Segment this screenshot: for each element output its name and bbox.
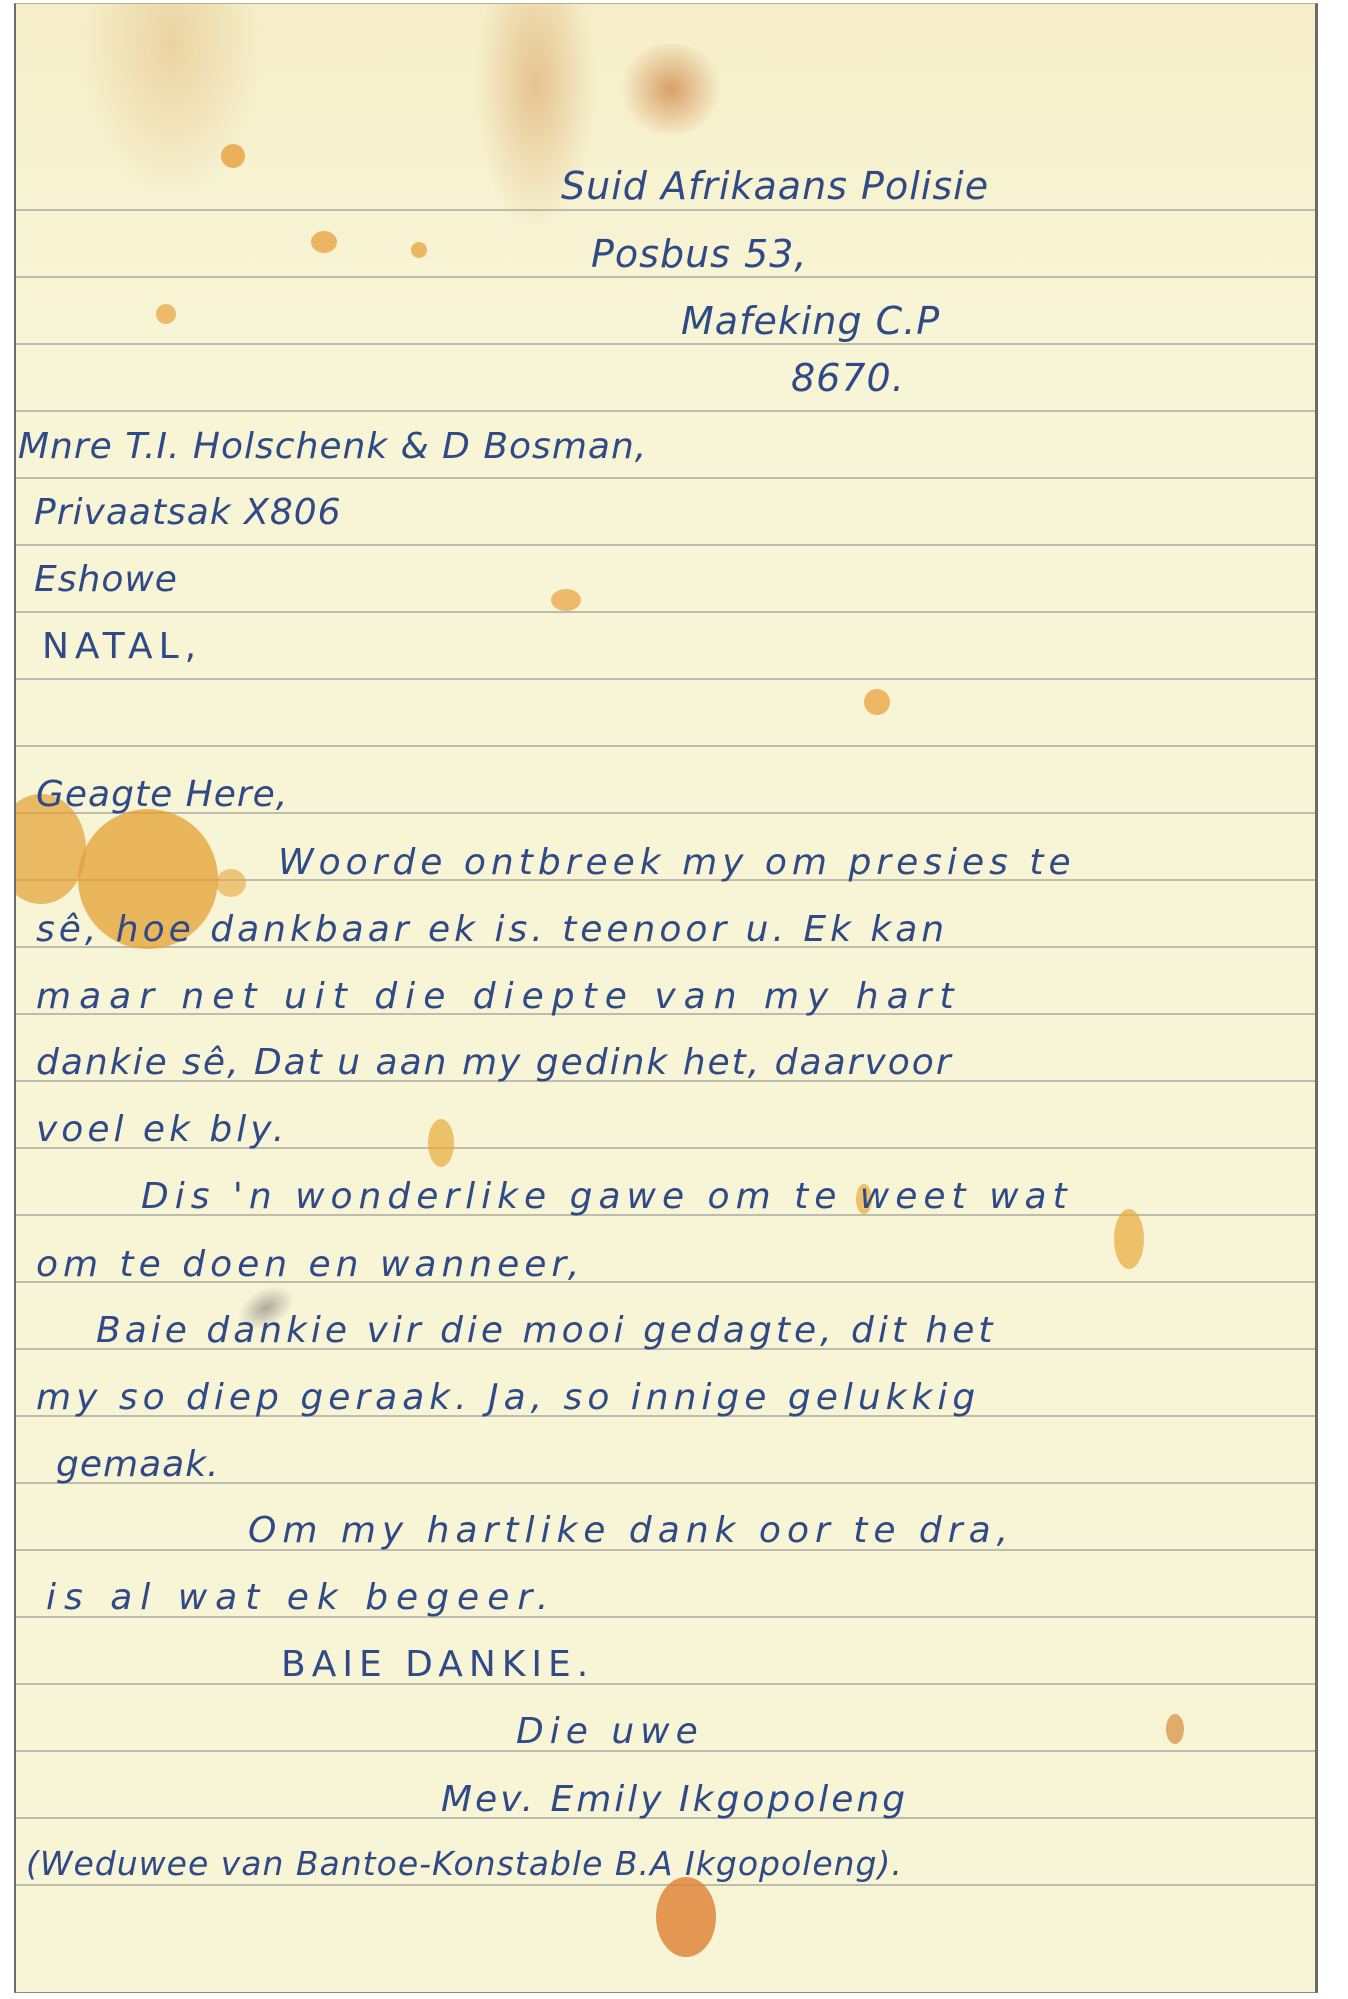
body-line: Woorde ontbreek my om presies te	[278, 842, 1076, 883]
sender-address-line1: Suid Afrikaans Polisie	[561, 164, 989, 208]
ruled-line	[16, 1884, 1315, 1886]
ruled-line	[16, 611, 1315, 613]
body-line: is al wat ek begeer.	[46, 1577, 556, 1618]
body-line: gemaak.	[56, 1444, 219, 1485]
ruled-line	[16, 343, 1315, 345]
body-line: maar net uit die diepte van my hart	[36, 976, 962, 1017]
stain	[551, 589, 581, 611]
ruled-line	[16, 477, 1315, 479]
stain	[428, 1119, 454, 1167]
letter-page: Suid Afrikaans Polisie Posbus 53, Mafeki…	[14, 3, 1318, 1993]
body-line: voel ek bly.	[36, 1109, 288, 1150]
sender-address-line4: 8670.	[791, 356, 905, 400]
body-line: Dis 'n wonderlike gawe om te weet wat	[141, 1176, 1073, 1217]
stain	[864, 689, 890, 715]
ruled-line	[16, 1683, 1315, 1685]
closing: Die uwe	[516, 1711, 704, 1752]
stain	[656, 1877, 716, 1957]
ruled-line	[16, 209, 1315, 211]
recipient-address-line3: Eshowe	[34, 559, 178, 600]
recipient-address-line1: Mnre T.I. Holschenk & D Bosman,	[18, 426, 647, 467]
ruled-line	[16, 410, 1315, 412]
ruled-line	[16, 544, 1315, 546]
salutation: Geagte Here,	[36, 774, 288, 815]
closing-thanks: BAIE DANKIE.	[281, 1644, 594, 1685]
signature-note: (Weduwee van Bantoe-Konstable B.A Ikgopo…	[26, 1844, 903, 1883]
body-line: my so diep geraak. Ja, so innige gelukki…	[36, 1377, 980, 1418]
stain	[616, 44, 726, 134]
stain	[216, 869, 246, 897]
ruled-line	[16, 678, 1315, 680]
stain	[221, 144, 245, 168]
stain	[311, 231, 337, 253]
stain	[1166, 1714, 1184, 1744]
body-line: om te doen en wanneer,	[36, 1244, 584, 1285]
ruled-line	[16, 276, 1315, 278]
body-line: sê, hoe dankbaar ek is. teenoor u. Ek ka…	[36, 909, 948, 950]
sender-address-line2: Posbus 53,	[591, 232, 807, 276]
stain	[156, 304, 176, 324]
stain	[1114, 1209, 1144, 1269]
sender-address-line3: Mafeking C.P	[681, 299, 940, 343]
body-line: dankie sê, Dat u aan my gedink het, daar…	[36, 1042, 953, 1083]
signature: Mev. Emily Ikgopoleng	[441, 1779, 908, 1820]
body-line: Om my hartlike dank oor te dra,	[248, 1510, 1014, 1551]
recipient-address-line4: NATAL,	[42, 626, 202, 667]
ruled-line	[16, 745, 1315, 747]
recipient-address-line2: Privaatsak X806	[34, 492, 342, 533]
body-line: Baie dankie vir die mooi gedagte, dit he…	[96, 1310, 997, 1351]
stain	[411, 242, 427, 258]
